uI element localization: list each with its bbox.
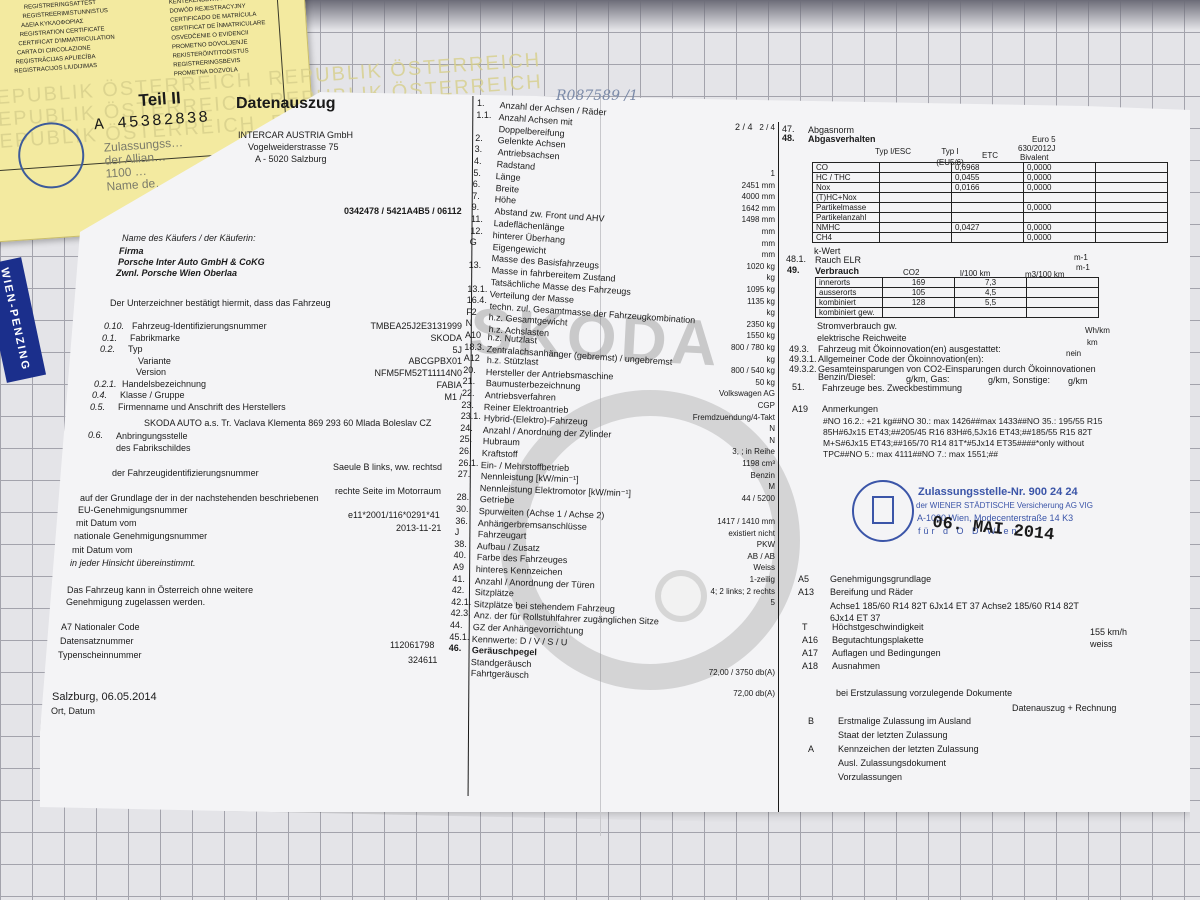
power-unit: Wh/km <box>1085 325 1110 336</box>
purpose-code: 51. <box>792 382 805 393</box>
emissions-row: CO0,69680,0000 <box>813 163 1168 173</box>
field-value: 4000 mm <box>600 191 775 202</box>
field-code: 18.3. <box>464 342 484 353</box>
field-code: A13 <box>798 587 814 598</box>
field-label: Fahrzeugart <box>477 529 526 542</box>
emissions-row: HC / THC0,04550,0000 <box>813 173 1168 183</box>
document-reference: 0342478 / 5421A4B5 / 06112 <box>344 206 462 217</box>
field-value: 1498 mm <box>600 214 775 225</box>
confirm-text: Der Unterzeichner bestätigt hiermit, das… <box>110 298 331 309</box>
field-code: 0.2. <box>100 344 115 355</box>
emission-col-3: ETC <box>982 150 998 161</box>
remarks-label: Anmerkungen <box>822 404 878 415</box>
data-extract-document: SKODA Datenauszug INTERCAR AUSTRIA GmbH … <box>0 0 1200 900</box>
field-code: 13.1. <box>467 284 487 295</box>
emissions-row: NMHC0,04270,0000 <box>813 223 1168 233</box>
vin-location-label: der Fahrzeugidentifizierungsnummer <box>112 468 259 479</box>
field-code: 40. <box>454 550 467 561</box>
field-value: 800 / 540 kg <box>600 365 775 376</box>
field-code: 12. <box>470 226 483 237</box>
eco-other-unit: g/km <box>1068 376 1088 387</box>
field-value: ABCGPBX01 <box>262 356 462 367</box>
field-code: 2. <box>475 133 483 144</box>
field-value: N <box>600 423 775 434</box>
stamp-line-1: Zulassungsstelle-Nr. 900 24 24 <box>918 486 1078 498</box>
field-code: 38. <box>454 539 467 550</box>
remarks-line: TPC##NO 5.: max 4111##NO 7.: max 1551;## <box>823 449 998 460</box>
record-number-value: 112061798 <box>390 640 434 651</box>
consumption-row: innerorts1697,3 <box>816 278 1099 288</box>
remarks-line: #NO 16.2.: +21 kg##NO 30.: max 1426##max… <box>823 416 1103 427</box>
field-value: 1020 kg <box>600 261 775 272</box>
range-unit: km <box>1087 337 1098 348</box>
field-label: Firmenname und Anschrift des Herstellers <box>118 402 286 413</box>
field-code: 22. <box>462 388 475 399</box>
field-code: A18 <box>802 661 818 672</box>
field-code: 25. <box>460 434 473 445</box>
field-code: J <box>455 527 460 538</box>
field-code: A <box>808 744 814 755</box>
field-code: 11. <box>471 214 483 225</box>
field-code: A5 <box>798 574 809 585</box>
field-label: Erstmalige Zulassung im Ausland <box>838 716 971 727</box>
field-value: 4; 2 links; 2 rechts <box>600 586 775 597</box>
field-code: 5. <box>473 168 481 179</box>
stamp-line-2: der WIENER STÄDTISCHE Versicherung AG VI… <box>916 501 1093 510</box>
tyres-line-1: Achse1 185/60 R14 82T 6Jx14 ET 37 Achse2… <box>830 601 1079 612</box>
field-label: Fahrzeug-Identifizierungsnummer <box>132 321 267 332</box>
field-value: Volkswagen AG <box>600 388 775 399</box>
field-label: Fabrikmarke <box>130 333 180 344</box>
field-value: N <box>600 435 775 446</box>
field-value: 1550 kg <box>600 330 775 341</box>
field-label: Klasse / Gruppe <box>120 390 185 401</box>
power-label: Stromverbrauch gw. <box>817 321 897 332</box>
field-value: 1198 cm³ <box>600 458 775 469</box>
field-code: 23.1. <box>461 411 481 422</box>
field-value: FABIA <box>262 380 462 391</box>
field-value: 5J <box>262 345 462 356</box>
field-label: Ausnahmen <box>832 661 880 672</box>
field-code: 6. <box>473 179 481 190</box>
type-cert-value: 324611 <box>408 655 437 666</box>
field-value: 1642 mm <box>600 203 775 214</box>
field-value: SKODA <box>262 333 462 344</box>
range-label: elektrische Reichweite <box>817 333 907 344</box>
field-label: Staat der letzten Zulassung <box>838 730 948 741</box>
eu-approval-label: EU-Genehmigungsnummer <box>78 505 188 516</box>
field-code: 0.5. <box>90 402 105 413</box>
field-code: 23. <box>461 400 474 411</box>
date-label-1: mit Datum vom <box>76 518 137 529</box>
field-code: 7. <box>472 191 480 202</box>
field-code: A12 <box>464 353 480 364</box>
place-date: Salzburg, 06.05.2014 <box>52 692 157 703</box>
field-value: mm <box>600 249 775 260</box>
field-code: 20. <box>463 365 476 376</box>
seal-emblem-icon <box>872 496 894 524</box>
field-code: F2 <box>466 307 477 318</box>
field-label: Handelsbezeichnung <box>122 379 206 390</box>
vin-location-value: rechte Seite im Motorraum <box>335 486 441 497</box>
field-code: 1.1. <box>476 110 491 121</box>
field-value: nein <box>1066 348 1081 359</box>
field-code: T <box>802 622 808 633</box>
national-approval-label: nationale Genehmigungsnummer <box>74 531 207 542</box>
eco-gas-unit: g/km, Sonstige: <box>988 375 1050 386</box>
basis-text: auf der Grundlage der in der nachstehend… <box>80 493 319 504</box>
behaviour-label: Abgasverhalten <box>808 134 876 145</box>
field-label: Version <box>136 367 166 378</box>
type-cert-label: Typenscheinnummer <box>58 650 142 661</box>
field-code: A10 <box>465 330 481 341</box>
field-label: Höhe <box>494 194 516 206</box>
field-value: NFM5FM52T11114N0 <box>262 368 462 379</box>
field-label: Begutachtungsplakette <box>832 635 924 646</box>
field-value: 50 kg <box>600 377 775 388</box>
field-value: 2350 kg <box>600 319 775 330</box>
plate-location-value: Saeule B links, ww. rechtsd <box>333 462 442 473</box>
field-value: 3, ; in Reihe <box>600 446 775 457</box>
field-code: 46. <box>449 643 462 654</box>
remarks-code: A19 <box>792 404 808 415</box>
remarks-line: M+S#6Jx15 ET43;##165/70 R14 81T*#5Jx14 E… <box>823 438 1084 449</box>
field-label: Kraftstoff <box>482 448 518 460</box>
field-value: PKW <box>600 539 775 550</box>
record-number-label: Datensatznummer <box>60 636 134 647</box>
field-value: 1095 kg <box>600 284 775 295</box>
field-value: 155 km/h <box>1090 627 1127 638</box>
emissions-row: CH40,0000 <box>813 233 1168 243</box>
field-code: 16.4. <box>467 295 487 306</box>
field-value: existiert nicht <box>600 528 775 539</box>
field-value: 5 <box>600 597 775 608</box>
field-code: 42.3. <box>451 608 471 619</box>
buyer-line-2: Porsche Inter Auto GmbH & CoKG <box>118 257 265 268</box>
column-divider-2 <box>778 122 779 812</box>
field-value: CGP <box>600 400 775 411</box>
plate-location-code: 0.6. <box>88 430 103 441</box>
field-value: 1 <box>600 168 775 179</box>
field-value: mm <box>600 226 775 237</box>
field-label: Bereifung und Räder <box>830 587 913 598</box>
field-code: 0.1. <box>102 333 117 344</box>
purpose-label: Fahrzeuge bes. Zweckbestimmung <box>822 383 962 394</box>
field-code: 41. <box>452 574 465 585</box>
field-value: Fremdzuendung/4-Takt <box>600 412 775 423</box>
consumption-code: 49. <box>787 265 800 276</box>
field-label: Getriebe <box>479 494 514 506</box>
consumption-label: Verbrauch <box>815 266 859 277</box>
issuer-name: INTERCAR AUSTRIA GmbH <box>238 130 353 141</box>
buyer-label: Name des Käufers / der Käuferin: <box>122 233 256 244</box>
field-code: 1. <box>477 98 485 109</box>
field-code: A16 <box>802 635 818 646</box>
field-code: 4. <box>474 156 482 167</box>
field-code: 44. <box>450 620 463 631</box>
field-label: Ausl. Zulassungsdokument <box>838 758 946 769</box>
field-code: 30. <box>456 504 469 515</box>
field-value: Benzin <box>600 470 775 481</box>
field-value: 800 / 780 kg <box>600 342 775 353</box>
field-value: M1 / <box>262 392 462 403</box>
emissions-row: Nox0,01660,0000 <box>813 183 1168 193</box>
smoke-unit: m-1 <box>1076 262 1090 273</box>
place-date-label: Ort, Datum <box>51 706 95 717</box>
field-value: AB / AB <box>600 551 775 562</box>
consumption-row: ausserorts1054,5 <box>816 288 1099 298</box>
field-value: 2451 mm <box>600 180 775 191</box>
emissions-table: CO0,69680,0000HC / THC0,04550,0000Nox0,0… <box>812 162 1168 243</box>
field-code: 3. <box>475 144 483 155</box>
field-value: 1417 / 1410 mm <box>600 516 775 527</box>
manufacturer-address: SKODA AUTO a.s. Tr. Vaclava Klementa 869… <box>144 418 431 429</box>
registration-seal-icon <box>852 480 914 542</box>
consumption-row: kombiniert gew. <box>816 308 1099 318</box>
buyer-line-1: Firma <box>119 246 144 257</box>
issuer-street: Vogelweiderstrasse 75 <box>248 142 339 153</box>
plate-location-label-2: des Fabrikschildes <box>116 443 191 454</box>
field-code: 28. <box>457 492 470 503</box>
field-label: Höchstgeschwindigkeit <box>832 622 924 633</box>
field-label: Genehmigungsgrundlage <box>830 574 931 585</box>
remarks-line: 85H#6Jx15 ET43;##205/45 R16 83H#6,5Jx16 … <box>823 427 1092 438</box>
field-label: Hubraum <box>482 436 519 448</box>
field-code: 45.1. <box>449 632 469 643</box>
behaviour-code: 48. <box>782 133 795 144</box>
field-code: 9. <box>472 202 480 213</box>
field-label: h.z. Stützlast <box>486 355 538 368</box>
field-label: Auflagen und Bedingungen <box>832 648 941 659</box>
field-label: Vorzulassungen <box>838 772 902 783</box>
field-value: 72,00 db(A) <box>600 688 775 699</box>
field-code: 21. <box>463 376 476 387</box>
field-value: 2 / 4 <box>600 122 775 133</box>
field-code: 26. <box>459 446 472 457</box>
emissions-row: (T)HC+Nox <box>813 193 1168 203</box>
field-value: Weiss <box>600 562 775 573</box>
conform-text: in jeder Hinsicht übereinstimmt. <box>70 558 196 569</box>
field-code: 49.3.2. <box>789 364 817 375</box>
field-label: Kennzeichen der letzten Zulassung <box>838 744 979 755</box>
field-value: 1-zeilig <box>600 574 775 585</box>
field-value: 72,00 / 3750 db(A) <box>600 667 775 678</box>
field-code: 0.2.1. <box>94 379 117 390</box>
consumption-table: innerorts1697,3ausserorts1054,5kombinier… <box>815 277 1099 318</box>
field-value: mm <box>600 238 775 249</box>
field-value: kg <box>600 272 775 283</box>
austria-text-2: Genehmigung zugelassen werden. <box>66 597 205 608</box>
field-code: 36. <box>455 516 468 527</box>
smoke-label: Rauch ELR <box>815 255 861 266</box>
field-code: 26.1. <box>458 458 478 469</box>
emissions-row: Partikelmasse0,0000 <box>813 203 1168 213</box>
field-label: Sitzplätze <box>474 587 513 599</box>
field-code: A17 <box>802 648 818 659</box>
field-value: 1135 kg <box>600 296 775 307</box>
field-code: 27. <box>458 469 471 480</box>
field-value: kg <box>600 354 775 365</box>
field-label: Variante <box>138 356 171 367</box>
handwritten-note: R087589 /1 <box>556 88 638 104</box>
eu-approval-value: e11*2001/116*0291*41 <box>348 510 440 521</box>
field-value: 44 / 5200 <box>600 493 775 504</box>
field-code: 0.4. <box>92 390 107 401</box>
document-title: Datenauszug <box>236 98 336 109</box>
field-code: A9 <box>453 562 464 573</box>
field-code: 0.10. <box>104 321 124 332</box>
first-reg-docs-value: Datenauszug + Rechnung <box>1012 703 1116 714</box>
field-value: TMBEA25J2E3131999 <box>262 321 462 332</box>
field-code: 13. <box>469 260 482 271</box>
field-code: 24. <box>460 423 473 434</box>
date-value-1: 2013-11-21 <box>396 523 441 534</box>
field-label: Länge <box>496 171 522 184</box>
emissions-row: Partikelanzahl <box>813 213 1168 223</box>
austria-text-1: Das Fahrzeug kann in Österreich ohne wei… <box>67 585 253 596</box>
first-reg-docs-label: bei Erstzulassung vorzulegende Dokumente <box>836 688 1012 699</box>
issuer-city: A - 5020 Salzburg <box>255 154 327 165</box>
field-code: G <box>470 237 477 248</box>
field-label: Typ <box>128 344 143 355</box>
field-value: kg <box>600 307 775 318</box>
field-code: B <box>808 716 814 727</box>
field-value: weiss <box>1090 639 1113 650</box>
eco-benzin: Benzin/Diesel: <box>818 372 876 383</box>
national-code-label: A7 Nationaler Code <box>61 622 140 633</box>
date-label-2: mit Datum vom <box>72 545 133 556</box>
field-code: 42. <box>452 585 465 596</box>
field-code: N <box>466 318 473 329</box>
field-code: 42.1. <box>451 597 471 608</box>
emission-col-1: Typ I/ESC <box>875 146 911 157</box>
buyer-line-3: Zwnl. Porsche Wien Oberlaa <box>116 268 237 279</box>
plate-location-label-1: Anbringungsstelle <box>116 431 188 442</box>
smoke-code: 48.1. <box>786 254 806 265</box>
consumption-row: kombiniert1285,5 <box>816 298 1099 308</box>
